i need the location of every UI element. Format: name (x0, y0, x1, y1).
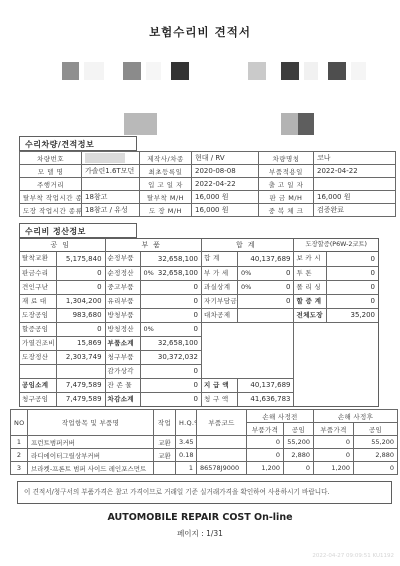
hq-cell: 3.45 (176, 436, 197, 449)
table-row: 순정정산0%32,658,100 (106, 266, 201, 280)
label-cell: 탈부착 M/H (140, 191, 192, 204)
label-cell (20, 365, 57, 378)
amount: 0 (97, 281, 101, 294)
footer-title: AUTOMOBILE REPAIR COST On-line (0, 512, 400, 523)
amount: 0 (286, 281, 290, 294)
amount-cell: 2,880 (284, 449, 314, 462)
label-cell: 과실상계 (202, 281, 238, 294)
value-cell: 35,200 (327, 309, 378, 322)
table-row: 유리부품0 (106, 294, 201, 308)
label-cell: 투 톤 (294, 267, 327, 280)
label-cell: 도장공임 (20, 309, 57, 322)
label-cell: 대차공제 (202, 309, 238, 322)
header-cell-part-price: 부품가격 (314, 423, 354, 436)
table-row: 할 증 계0 (294, 294, 378, 308)
amount: 0 (194, 365, 198, 378)
work-cell: 교환 (154, 449, 176, 462)
amount: 7,479,589 (66, 379, 102, 392)
label-cell: 탈부착 작업시간 종류 (20, 191, 82, 204)
amount-cell: 55,200 (284, 436, 314, 449)
value-cell: 0 (327, 252, 378, 266)
label-cell: 재 료 대 (20, 295, 57, 308)
label-cell: 모 델 명 (20, 165, 82, 178)
label-cell: 청구부품 (106, 351, 141, 364)
value-cell: 0 (141, 393, 201, 406)
estimate-document-page: 보험수리비 견적서 수리차량/견적정보 차량번호 제작사/차종 현대 / RV … (0, 0, 400, 566)
redacted-stamp (351, 62, 366, 80)
part-code-cell (197, 449, 247, 462)
settlement-column-labor: 공임 탈착교환5,175,840 판금수리0 견인구난0 재 료 대1,304,… (20, 239, 105, 406)
value-cell: 0 (57, 281, 105, 294)
table-row: 폴 리 싱0 (294, 280, 378, 294)
table-row: 청구부품30,372,032 (106, 350, 201, 364)
value-cell: 32,658,100 (141, 337, 201, 350)
section-header-settlement-info: 수리비 정산정보 (19, 223, 137, 238)
value-cell: 18참고 / 유성 (82, 204, 140, 217)
label-cell: 차감소계 (106, 393, 141, 406)
column-header-parts: 부품 (106, 239, 201, 252)
header-cell-work: 작업 (154, 410, 176, 436)
header-cell-after-adjustment: 손해 사정후 (314, 410, 398, 423)
table-row: 감가상각0 (106, 364, 201, 378)
label-cell: 차량번호 (20, 152, 82, 165)
table-row: 도장 작업시간 종류 18참고 / 유성 도 장 M/H 16,000 원 중 … (20, 204, 396, 217)
table-row: 청구공임7,479,589 (20, 392, 105, 406)
label-cell: 견인구난 (20, 281, 57, 294)
table-row: 보 카 시0 (294, 252, 378, 266)
label-cell: 할증공임 (20, 323, 57, 336)
settlement-column-total: 합계 합 계40,137,689 부 가 세0%0 과실상계0%0 자기부담금0… (201, 239, 293, 406)
redacted-stamp (304, 62, 318, 80)
table-row: 차감소계0 (106, 392, 201, 406)
label-cell: 청구공임 (20, 393, 57, 406)
column-header-paint-surcharge: 도장할증(P6W-2코트) (294, 239, 378, 252)
label-cell: 지 급 액 (202, 379, 238, 392)
table-row: 자기부담금0 (202, 294, 293, 308)
label-cell: 가열건조비 (20, 337, 57, 350)
value-cell: 2022-04-22 (192, 178, 259, 191)
value-cell: 0 (327, 295, 378, 308)
value-cell: 983,680 (57, 309, 105, 322)
table-row: 부 가 세0%0 (202, 266, 293, 280)
label-cell: 순정부품 (106, 252, 141, 266)
label-cell: 공임소계 (20, 379, 57, 392)
table-row: 3 브라켓-프론트 범퍼 사이드 레인포스먼트 1 86578J9000 1,2… (11, 462, 398, 475)
table-row: 차량번호 제작사/차종 현대 / RV 차량명칭 코나 (20, 152, 396, 165)
value-cell: 0 (57, 323, 105, 336)
amount: 0 (194, 295, 198, 308)
label-cell: 제작사/차종 (140, 152, 192, 165)
row-number-cell: 3 (11, 462, 28, 475)
header-cell-no: NO (11, 410, 28, 436)
hq-cell: 1 (176, 462, 197, 475)
amount: 5,175,840 (66, 253, 102, 266)
value-cell: 40,137,689 (238, 379, 293, 392)
value-cell: 40,137,689 (238, 252, 293, 266)
value-cell: 16,000 원 (192, 191, 259, 204)
redacted-stamp (248, 62, 266, 80)
label-cell: 차량명칭 (259, 152, 314, 165)
amount-cell: 1,200 (314, 462, 354, 475)
value-cell: 0 (141, 309, 201, 322)
amount-cell: 0 (314, 449, 354, 462)
value-cell: 검증완료 (314, 204, 396, 217)
value-cell: 0%0 (238, 267, 293, 280)
label-cell: 방청정산 (106, 323, 141, 336)
timestamp: 2022-04-27 09:09:51 KU1192 (312, 553, 394, 559)
amount-cell: 55,200 (354, 436, 398, 449)
value-cell: 0%32,658,100 (141, 267, 201, 280)
percent: 0% (144, 267, 154, 280)
settlement-column-parts: 부품 순정부품32,658,100 순정정산0%32,658,100 중고부품0… (105, 239, 201, 406)
table-row: 견인구난0 (20, 280, 105, 294)
amount: 0 (97, 267, 101, 280)
value-cell: 0 (327, 267, 378, 280)
header-cell-labor: 공임 (354, 423, 398, 436)
part-code-cell (197, 436, 247, 449)
header-cell-before-adjustment: 손해 사정전 (247, 410, 314, 423)
amount: 41,636,783 (250, 393, 290, 406)
value-cell: 18참고 (82, 191, 140, 204)
label-cell: 합 계 (202, 252, 238, 266)
value-cell: 코나 (314, 152, 396, 165)
value-cell: 7,479,589 (57, 379, 105, 392)
label-cell: 폴 리 싱 (294, 281, 327, 294)
row-number-cell: 2 (11, 449, 28, 462)
value-cell: 32,658,100 (141, 252, 201, 266)
percent: 0% (144, 323, 154, 336)
amount: 1,304,200 (66, 295, 102, 308)
value-cell: 0 (57, 267, 105, 280)
label-cell: 전체도장 (294, 309, 327, 322)
empty-cell (202, 322, 293, 378)
table-row: 부품소계32,658,100 (106, 336, 201, 350)
value-cell: 2020-08-08 (192, 165, 259, 178)
value-cell: 가솔린1.6T모던 (82, 165, 140, 178)
settlement-table: 공임 탈착교환5,175,840 판금수리0 견인구난0 재 료 대1,304,… (19, 238, 379, 407)
table-row: 주행거리 입 고 일 자 2022-04-22 출 고 일 자 (20, 178, 396, 191)
redacted-stamp (298, 113, 314, 135)
amount: 15,869 (77, 337, 102, 350)
redacted-stamp (281, 113, 298, 135)
value-cell: 30,372,032 (141, 351, 201, 364)
header-cell-hq: H.Q.% (176, 410, 197, 436)
page-number: 페이지 : 1/31 (0, 528, 400, 539)
label-cell: 도 장 M/H (140, 204, 192, 217)
redacted-stamp (84, 62, 104, 80)
amount-cell: 0 (284, 462, 314, 475)
value-cell: 0 (327, 281, 378, 294)
table-row: 가열건조비15,869 (20, 336, 105, 350)
part-code-cell: 86578J9000 (197, 462, 247, 475)
value-cell: 0%0 (141, 323, 201, 336)
value-cell: 41,636,783 (238, 393, 293, 406)
label-cell: 보 카 시 (294, 252, 327, 266)
table-row: 탈부착 작업시간 종류 18참고 탈부착 M/H 16,000 원 판 금 M/… (20, 191, 396, 204)
amount-cell: 0 (314, 436, 354, 449)
label-cell: 감가상각 (106, 365, 141, 378)
value-cell: 16,000 원 (192, 204, 259, 217)
amount: 0 (371, 253, 375, 266)
label-cell: 판금수리 (20, 267, 57, 280)
repair-items-table: NO 작업항목 및 부품명 작업 H.Q.% 부품코드 손해 사정전 손해 사정… (10, 409, 398, 475)
value-cell: 0 (141, 365, 201, 378)
item-name-cell: 라디에이터그릴상부커버 (28, 449, 154, 462)
item-name-cell: 브라켓-프론트 범퍼 사이드 레인포스먼트 (28, 462, 154, 475)
hq-cell: 0.18 (176, 449, 197, 462)
value-cell: 0 (141, 379, 201, 392)
value-cell: 0 (141, 295, 201, 308)
redacted-stamp (328, 62, 346, 80)
empty-cell (294, 322, 378, 406)
label-cell: 할 증 계 (294, 295, 327, 308)
label-cell: 도장정산 (20, 351, 57, 364)
table-row: 방청부품0 (106, 308, 201, 322)
table-row: 도장공임983,680 (20, 308, 105, 322)
amount: 0 (286, 295, 290, 308)
label-cell: 주행거리 (20, 178, 82, 191)
table-row: 청 구 액41,636,783 (202, 392, 293, 406)
header-cell-part-code: 부품코드 (197, 410, 247, 436)
amount-cell: 1,200 (247, 462, 284, 475)
redacted-stamp (123, 62, 141, 80)
vehicle-info-table: 차량번호 제작사/차종 현대 / RV 차량명칭 코나 모 델 명 가솔린1.6… (19, 151, 396, 217)
table-row: 탈착교환5,175,840 (20, 252, 105, 266)
label-cell: 잔 존 물 (106, 379, 141, 392)
label-cell: 탈착교환 (20, 252, 57, 266)
redacted-stamp (124, 113, 157, 135)
settlement-column-paint-surcharge: 도장할증(P6W-2코트) 보 카 시0 투 톤0 폴 리 싱0 할 증 계0 … (293, 239, 378, 406)
value-cell: 5,175,840 (57, 252, 105, 266)
value-cell: 현대 / RV (192, 152, 259, 165)
table-header-row: NO 작업항목 및 부품명 작업 H.Q.% 부품코드 손해 사정전 손해 사정… (11, 410, 398, 423)
amount: 0 (371, 295, 375, 308)
value-cell (314, 178, 396, 191)
table-row: 순정부품32,658,100 (106, 252, 201, 266)
value-cell: 2022-04-22 (314, 165, 396, 178)
label-cell: 자기부담금 (202, 295, 238, 308)
table-row: 잔 존 물0 (106, 378, 201, 392)
value-cell (57, 365, 105, 378)
amount: 0 (194, 281, 198, 294)
table-row: 2 라디에이터그릴상부커버 교환 0.18 0 2,880 0 2,880 (11, 449, 398, 462)
table-row: 할증공임0 (20, 322, 105, 336)
table-row: 판금수리0 (20, 266, 105, 280)
amount: 0 (194, 309, 198, 322)
amount: 0 (97, 323, 101, 336)
amount: 30,372,032 (158, 351, 198, 364)
redacted-text (85, 153, 125, 163)
amount: 7,479,589 (66, 393, 102, 406)
redacted-stamp (62, 62, 79, 80)
table-row: 도장정산2,303,749 (20, 350, 105, 364)
table-row: 대차공제 (202, 308, 293, 322)
header-cell-item-name: 작업항목 및 부품명 (28, 410, 154, 436)
table-row: 모 델 명 가솔린1.6T모던 최초등록일 2020-08-08 부품적용일 2… (20, 165, 396, 178)
value-cell (238, 309, 293, 322)
label-cell: 부품소계 (106, 337, 141, 350)
table-row: 전체도장35,200 (294, 308, 378, 322)
amount-cell: 2,880 (354, 449, 398, 462)
value-cell: 2,303,749 (57, 351, 105, 364)
item-name-cell: 프런트범퍼커버 (28, 436, 154, 449)
redacted-stamp (146, 62, 161, 80)
value-cell: 0 (238, 295, 293, 308)
amount: 0 (194, 393, 198, 406)
percent: 0% (241, 281, 251, 294)
label-cell: 유리부품 (106, 295, 141, 308)
value-cell: 0 (141, 281, 201, 294)
section-header-vehicle-info: 수리차량/견적정보 (19, 136, 137, 151)
table-row: 공임소계7,479,589 (20, 378, 105, 392)
amount: 0 (286, 267, 290, 280)
value-cell: 16,000 원 (314, 191, 396, 204)
table-row: 1 프런트범퍼커버 교환 3.45 0 55,200 0 55,200 (11, 436, 398, 449)
table-row: 지 급 액40,137,689 (202, 378, 293, 392)
value-cell: 1,304,200 (57, 295, 105, 308)
label-cell: 청 구 액 (202, 393, 238, 406)
header-cell-part-price: 부품가격 (247, 423, 284, 436)
notice-text: 이 견적서/청구서의 부품가격은 참고 가격이므로 거래일 기준 실거래가격을 … (24, 488, 330, 496)
column-header-total: 합계 (202, 239, 293, 252)
label-cell: 중 복 체 크 (259, 204, 314, 217)
value-cell (82, 178, 140, 191)
value-cell (82, 152, 140, 165)
amount-cell: 0 (247, 449, 284, 462)
table-row: 합 계40,137,689 (202, 252, 293, 266)
row-number-cell: 1 (11, 436, 28, 449)
amount: 40,137,689 (250, 379, 290, 392)
amount: 35,200 (351, 309, 376, 322)
table-row: 방청정산0%0 (106, 322, 201, 336)
amount: 2,303,749 (66, 351, 102, 364)
work-cell: 교환 (154, 436, 176, 449)
amount: 32,658,100 (158, 253, 198, 266)
redacted-stamp (281, 62, 299, 80)
amount: 0 (194, 323, 198, 336)
amount: 0 (371, 267, 375, 280)
notice-box: 이 견적서/청구서의 부품가격은 참고 가격이므로 거래일 기준 실거래가격을 … (17, 481, 392, 504)
amount: 0 (194, 379, 198, 392)
value-cell: 15,869 (57, 337, 105, 350)
label-cell: 도장 작업시간 종류 (20, 204, 82, 217)
label-cell: 부품적용일 (259, 165, 314, 178)
label-cell: 출 고 일 자 (259, 178, 314, 191)
table-row: 중고부품0 (106, 280, 201, 294)
work-cell (154, 462, 176, 475)
redacted-stamp (171, 62, 189, 80)
amount: 0 (371, 281, 375, 294)
amount-cell: 0 (354, 462, 398, 475)
table-row: 과실상계0%0 (202, 280, 293, 294)
amount: 32,658,100 (158, 337, 198, 350)
label-cell: 방청부품 (106, 309, 141, 322)
label-cell: 입 고 일 자 (140, 178, 192, 191)
label-cell: 부 가 세 (202, 267, 238, 280)
header-cell-labor: 공임 (284, 423, 314, 436)
label-cell: 최초등록일 (140, 165, 192, 178)
value-cell: 7,479,589 (57, 393, 105, 406)
page-title: 보험수리비 견적서 (0, 24, 400, 40)
amount-cell: 0 (247, 436, 284, 449)
table-row (20, 364, 105, 378)
amount: 40,137,689 (250, 253, 290, 266)
value-cell: 0%0 (238, 281, 293, 294)
label-cell: 순정정산 (106, 267, 141, 280)
amount: 32,658,100 (158, 267, 198, 280)
label-cell: 중고부품 (106, 281, 141, 294)
amount: 983,680 (73, 309, 102, 322)
table-row: 투 톤0 (294, 266, 378, 280)
label-cell: 판 금 M/H (259, 191, 314, 204)
table-row: 재 료 대1,304,200 (20, 294, 105, 308)
column-header-labor: 공임 (20, 239, 105, 252)
percent: 0% (241, 267, 251, 280)
